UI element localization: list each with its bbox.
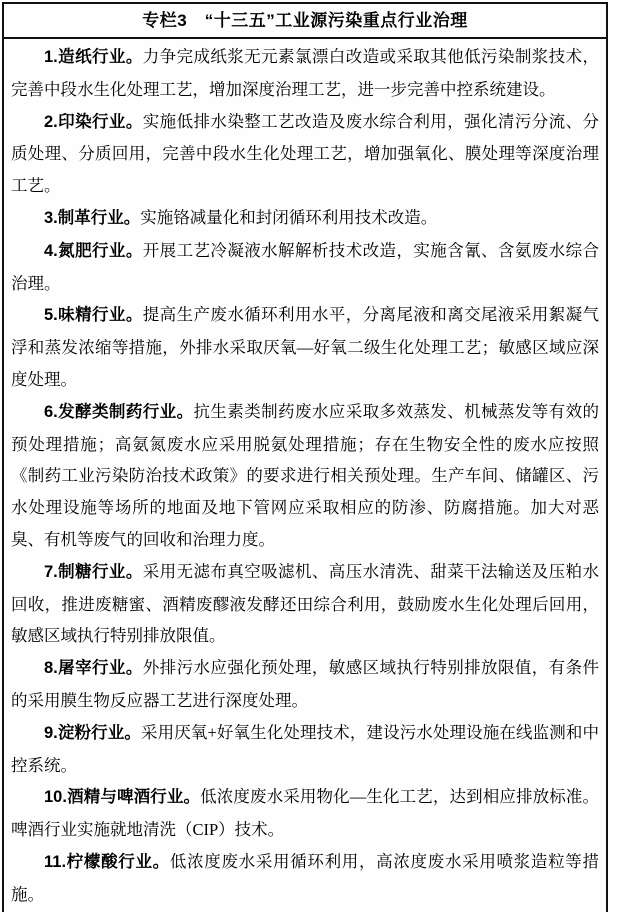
industry-text: 抗生素类制药废水应采取多效蒸发、机械蒸发等有效的预处理措施；高氨氮废水应采用脱氨… <box>11 402 599 549</box>
industry-item: 4.氮肥行业。开展工艺冷凝液水解解析技术改造，实施含氰、含氨废水综合治理。 <box>11 235 599 300</box>
industry-label: 11.柠檬酸行业。 <box>44 853 170 871</box>
industry-text: 实施铬减量化和封闭循环利用技术改造。 <box>140 208 437 227</box>
industry-item: 8.屠宰行业。外排污水应强化预处理，敏感区域执行特别排放限值，有条件的采用膜生物… <box>11 652 599 717</box>
industry-label: 4.氮肥行业。 <box>44 242 143 260</box>
industry-label: 10.酒精与啤酒行业。 <box>44 788 200 806</box>
industry-label: 2.印染行业。 <box>44 113 143 131</box>
box-title: 专栏3 “十三五”工业源污染重点行业治理 <box>4 4 606 39</box>
industry-label: 1.造纸行业。 <box>44 48 143 66</box>
industry-label: 7.制糖行业。 <box>44 563 143 581</box>
industry-label: 3.制革行业。 <box>44 209 140 227</box>
industry-item: 9.淀粉行业。采用厌氧+好氧生化处理技术，建设污水处理设施在线监测和中控系统。 <box>11 717 599 782</box>
industry-label: 8.屠宰行业。 <box>44 659 143 677</box>
industry-label: 9.淀粉行业。 <box>44 724 141 742</box>
industry-item: 3.制革行业。实施铬减量化和封闭循环利用技术改造。 <box>11 202 599 235</box>
industry-item: 2.印染行业。实施低排水染整工艺改造及废水综合利用，强化清污分流、分质处理、分质… <box>11 106 599 202</box>
box-body: 1.造纸行业。力争完成纸浆无元素氯漂白改造或采取其他低污染制浆技术，完善中段水生… <box>4 39 606 898</box>
industry-item: 10.酒精与啤酒行业。低浓度废水采用物化—生化工艺，达到相应排放标准。啤酒行业实… <box>11 781 599 846</box>
industry-label: 6.发酵类制药行业。 <box>44 403 193 421</box>
column-box: 专栏3 “十三五”工业源污染重点行业治理 1.造纸行业。力争完成纸浆无元素氯漂白… <box>2 2 608 898</box>
industry-item: 6.发酵类制药行业。抗生素类制药废水应采取多效蒸发、机械蒸发等有效的预处理措施；… <box>11 396 599 556</box>
industry-item: 11.柠檬酸行业。低浓度废水采用循环利用，高浓度废水采用喷浆造粒等措施。 <box>11 846 599 898</box>
industry-label: 5.味精行业。 <box>44 306 143 324</box>
industry-item: 7.制糖行业。采用无滤布真空吸滤机、高压水清洗、甜菜干法输送及压粕水回收，推进废… <box>11 556 599 652</box>
industry-item: 5.味精行业。提高生产废水循环利用水平，分离尾液和离交尾液采用絮凝气浮和蒸发浓缩… <box>11 299 599 395</box>
industry-item: 1.造纸行业。力争完成纸浆无元素氯漂白改造或采取其他低污染制浆技术，完善中段水生… <box>11 41 599 106</box>
